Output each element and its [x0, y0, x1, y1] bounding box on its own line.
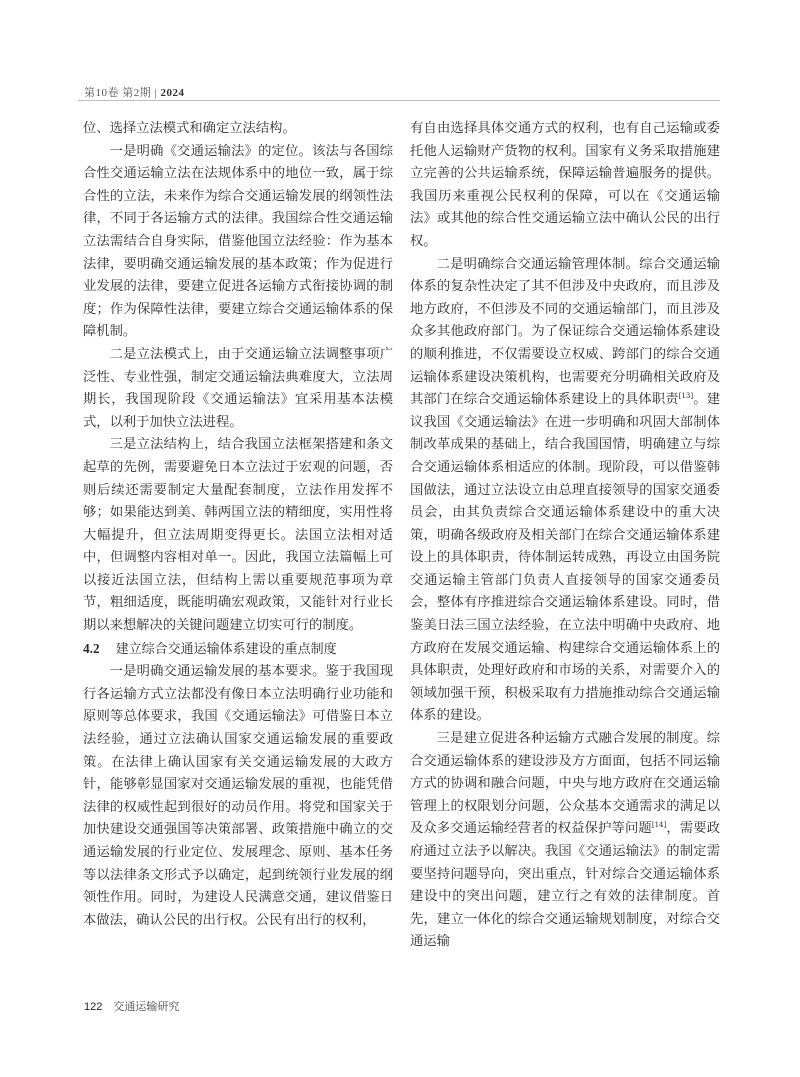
volume-issue: 第10卷 第2期 |: [84, 87, 157, 99]
left-column: 位、选择立法模式和确定立法结构。 一是明确《交通运输法》的定位。该法与各国综合性…: [83, 118, 393, 932]
page-number: 122: [84, 1001, 102, 1013]
paragraph: 三是立法结构上，结合我国立法框架搭建和条文起草的先例，需要避免日本立法过于宏观的…: [83, 434, 393, 637]
paragraph-text: 。建议我国《交通运输法》在进一步明确和巩固大部制体制改革成果的基础上，结合我国国…: [410, 392, 720, 723]
citation-14[interactable]: [14]: [652, 821, 666, 829]
paragraph-text: 二是明确综合交通运输管理体制。综合交通运输体系的复杂性决定了其不但涉及中央政府，…: [410, 257, 720, 408]
citation-13[interactable]: [13]: [679, 392, 693, 400]
paragraph: 三是建立促进各种运输方式融合发展的制度。综合交通运输体系的建设涉及方方面面，包括…: [410, 728, 720, 954]
journal-name: 交通运输研究: [113, 1001, 179, 1013]
paragraph: 二是立法模式上，由于交通运输立法调整事项广泛性、专业性强，制定交通运输法典难度大…: [83, 344, 393, 434]
section-title: 建立综合交通运输体系建设的重点制度: [116, 642, 337, 657]
section-number: 4.2: [83, 641, 100, 656]
paragraph: 一是明确交通运输发展的基本要求。鉴于我国现行各运输方式立法都没有像日本立法明确行…: [83, 661, 393, 932]
header-rule: [78, 100, 720, 101]
page-footer: 122 交通运输研究: [84, 998, 179, 1014]
paragraph: 二是明确综合交通运输管理体制。综合交通运输体系的复杂性决定了其不但涉及中央政府，…: [410, 254, 720, 728]
right-column: 有自由选择具体交通方式的权利，也有自己运输或委托他人运输财产货物的权利。国家有义…: [410, 118, 720, 954]
running-head: 第10卷 第2期 | 2024: [84, 84, 184, 100]
year: 2024: [160, 87, 184, 99]
paragraph: 有自由选择具体交通方式的权利，也有自己运输或委托他人运输财产货物的权利。国家有义…: [410, 118, 720, 254]
section-heading: 4.2建立综合交通运输体系建设的重点制度: [83, 638, 393, 662]
paragraph-text: ，需要政府通过立法予以解决。我国《交通运输法》的制定需要坚持问题导向，突出重点，…: [410, 821, 720, 949]
paragraph: 位、选择立法模式和确定立法结构。: [83, 118, 393, 141]
paragraph: 一是明确《交通运输法》的定位。该法与各国综合性交通运输立法在法规体系中的地位一致…: [83, 141, 393, 344]
